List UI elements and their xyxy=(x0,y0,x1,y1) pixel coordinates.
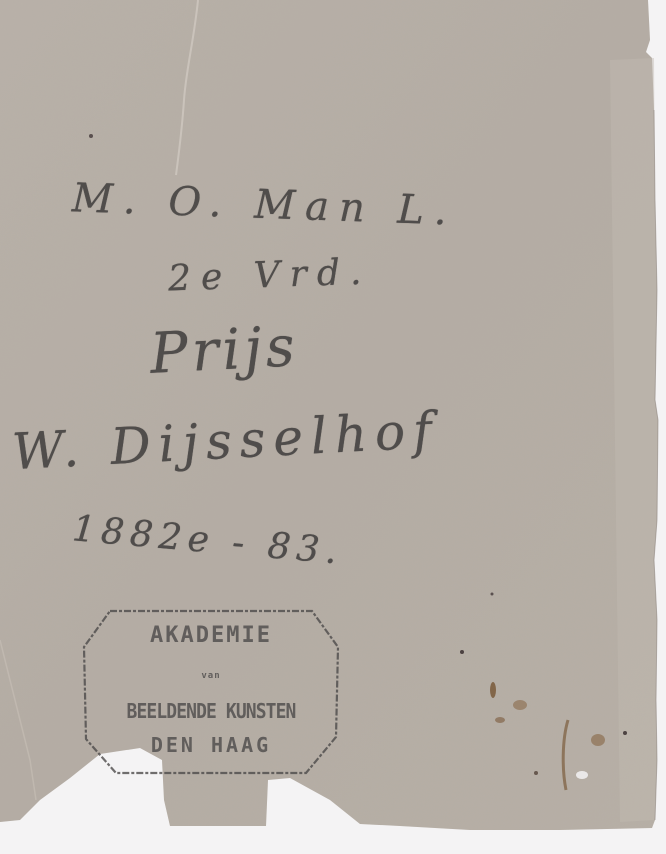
handwriting-line-3: Prijs xyxy=(148,314,300,387)
stamp-line-3: BEELDENDE KUNSTEN xyxy=(93,699,329,723)
stamp-line-4: DEN HAAG xyxy=(80,733,342,757)
document-scan: M. O. Man L. 2e Vrd. Prijs W. Dijsselhof… xyxy=(0,0,666,854)
stamp-line-1: AKADEMIE xyxy=(80,623,342,648)
academy-stamp: AKADEMIE van BEELDENDE KUNSTEN DEN HAAG xyxy=(80,607,342,777)
stamp-line-2: van xyxy=(80,671,342,681)
handwriting-line-2: 2e Vrd. xyxy=(167,251,372,299)
